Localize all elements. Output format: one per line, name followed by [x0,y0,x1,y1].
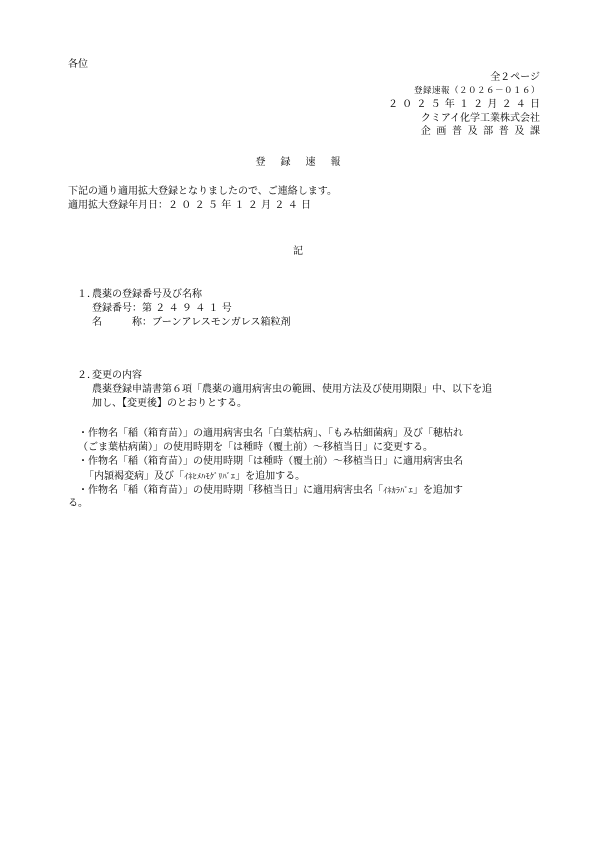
ki-heading: 記 [0,246,596,258]
addressee: 各位 [68,59,88,71]
registration-date-label: 適用拡大登録年月日： [68,200,168,211]
change-item-1-line-2: （ごま葉枯病菌）」の使用時期を「は種時（覆土前）～移植当日」に変更する。 [78,442,433,454]
change-item-2-line-1: ・作物名「稲（箱育苗）」の使用時期「は種時（覆土前）～移植当日」に適用病害虫名 [78,456,463,468]
company-name: クミアイ化学工業株式会社 [388,112,540,126]
product-name-value: ブーンアレスモンガレス箱粒剤 [152,317,291,328]
change-item-2-text-pre: 「内頴褐変病」及び「 [84,471,184,482]
intro-text: 下記の通り適用拡大登録となりましたので、ご連絡します。 [68,186,337,198]
department-name: 企画普及部普及課 [388,125,546,139]
product-name-label-2: 称： [132,317,152,328]
change-item-2-text-post: 」を追加する。 [235,471,305,482]
product-name-line: 名称：ブーンアレスモンガレス箱粒剤 [92,317,291,329]
pest-name-inekarabae: ｲﾈｶﾗﾊﾞｴ [383,485,413,495]
section-2-body-line-1: 農薬登録申請書第６項「農薬の適用病害虫の範囲、使用方法及び使用期限」中、以下を追 [92,384,492,396]
change-item-3-text-pre: ・作物名「稲（箱育苗）」の使用時期「移植当日」に適用病害虫名「 [78,485,383,496]
product-name-label-1: 名 [92,317,102,328]
change-item-3-line-2: る。 [68,498,88,510]
registration-number-line: 登録番号：第２４９４１号 [92,303,235,315]
section-2-body-line-2: 加し、【変更後】のとおりとする。 [92,398,247,410]
section-1-heading: 農薬の登録番号及び名称 [92,289,202,301]
page-count: 全２ページ [388,71,540,85]
registration-number-value: 第２４９４１号 [142,303,235,314]
reference-number: 登録速報（２０２６－０１６） [388,85,540,99]
pest-name-inehimehamoguribae: ｲﾈﾋﾒﾊﾓｸﾞﾘﾊﾞｴ [184,471,235,481]
change-item-3-line-1: ・作物名「稲（箱育苗）」の使用時期「移植当日」に適用病害虫名「ｲﾈｶﾗﾊﾞｴ」を… [78,484,463,497]
change-item-2-line-2: 「内頴褐変病」及び「ｲﾈﾋﾒﾊﾓｸﾞﾘﾊﾞｴ」を追加する。 [84,470,305,483]
registration-date-value: ２０２５年１２月２４日 [168,200,314,211]
document-header: 全２ページ 登録速報（２０２６－０１６） ２０２５年１２月２４日 クミアイ化学工… [388,71,540,139]
registration-number-label: 登録番号： [92,303,142,314]
change-item-1-line-1: ・作物名「稲（箱育苗）」の適用病害虫名「白葉枯病」、「もみ枯細菌病」及び「穂枯れ [78,428,463,440]
document-title: 登録速報 [0,157,596,169]
section-2-heading: 変更の内容 [92,370,142,382]
registration-date-line: 適用拡大登録年月日：２０２５年１２月２４日 [68,200,314,212]
change-item-3-text-post: 」を追加す [413,485,463,496]
issue-date: ２０２５年１２月２４日 [388,98,544,112]
